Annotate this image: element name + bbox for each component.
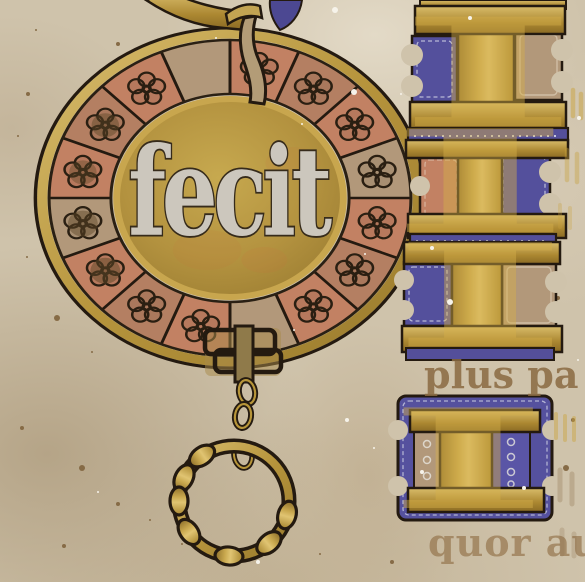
- initials-column: I I: [387, 0, 579, 541]
- illuminated-manuscript-art: fecit: [0, 0, 585, 582]
- inscription-group: fecit: [128, 121, 332, 264]
- marginal-text-right: plus pa: [424, 352, 578, 397]
- manuscript-page: fecit: [0, 0, 585, 582]
- medallion-inscription: fecit: [128, 121, 332, 264]
- blue-fragment: [270, 0, 302, 30]
- medallion-group: fecit: [35, 28, 424, 368]
- paint-flecks: [0, 0, 4, 4]
- buckle-strap: [235, 326, 253, 382]
- initial-letter: I: [387, 378, 548, 540]
- illuminated-initial-4: I: [387, 378, 562, 540]
